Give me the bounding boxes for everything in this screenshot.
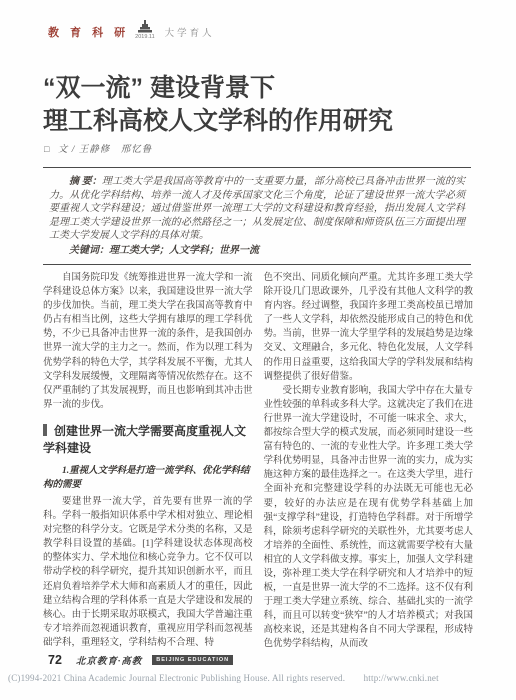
body-paragraph: 受长期专业教育影响，我国大学中存在大量专业性较强的单科或多科大学。这就决定了我们… bbox=[264, 384, 474, 652]
right-column: 色不突出、同质化倾向严重。尤其许多理工类大学除开设几门思政课外，几乎没有其他人文… bbox=[264, 271, 474, 652]
abstract-box: 摘 要：理工类大学是我国高等教育中的一支重要力量，部分高校已具备冲击世界一流的实… bbox=[43, 167, 471, 265]
paper-page: 教 育 科 研 2019.11 大学育人 “双一流” 建设背景下 理工科高校人文… bbox=[0, 0, 516, 700]
journal-badge: BEIJING EDUCATION bbox=[152, 655, 233, 665]
subsection-heading: 1.重视人文学科是打造一流学科、优化学科结构的需要 bbox=[43, 464, 253, 493]
keywords-line: 关键词：理工类大学；人文学科；世界一流 bbox=[49, 244, 465, 258]
journal-issue: 2019.11 bbox=[135, 34, 154, 40]
journal-section-title: 教 育 科 研 bbox=[48, 20, 129, 40]
article-title-line2: 理工科高校人文学科的作用研究 bbox=[43, 105, 483, 138]
byline-box-icon: □ bbox=[44, 144, 50, 154]
abstract-label: 摘 要： bbox=[69, 176, 102, 187]
section-heading-bar-icon bbox=[43, 424, 47, 436]
article-title: “双一流” 建设背景下 理工科高校人文学科的作用研究 bbox=[43, 72, 483, 138]
page-number: 72 bbox=[48, 653, 62, 667]
journal-name: 北京教育·高教 bbox=[76, 653, 142, 667]
body-columns: 自国务院印发《统筹推进世界一流大学和一流学科建设总体方案》以来，我国建设世界一流… bbox=[43, 271, 473, 652]
section-heading: 创建世界一流大学需要高度重视人文学科建设 bbox=[43, 423, 253, 457]
body-paragraph: 要建世界一流大学，首先要有世界一流的学科。学科一般指知识体系中学术相对独立、理论… bbox=[43, 495, 253, 650]
keywords-text: 理工类大学；人文学科；世界一流 bbox=[109, 245, 259, 256]
page-footer: 72 北京教育·高教 BEIJING EDUCATION bbox=[48, 653, 233, 667]
journal-logo: 2019.11 bbox=[135, 20, 154, 40]
abstract-text: 理工类大学是我国高等教育中的一支重要力量，部分高校已具备冲击世界一流的实力。从优… bbox=[49, 176, 465, 241]
building-tower-icon bbox=[137, 20, 153, 33]
byline: □ 文 / 王静修 邢忆鲁 bbox=[44, 141, 152, 155]
abstract-paragraph: 摘 要：理工类大学是我国高等教育中的一支重要力量，部分高校已具备冲击世界一流的实… bbox=[49, 175, 465, 243]
copyright-line: (C)1994-2021 China Academic Journal Elec… bbox=[8, 671, 510, 684]
journal-tagline: 大学育人 bbox=[165, 20, 215, 39]
left-column: 自国务院印发《统筹推进世界一流大学和一流学科建设总体方案》以来，我国建设世界一流… bbox=[43, 271, 253, 652]
body-paragraph: 自国务院印发《统筹推进世界一流大学和一流学科建设总体方案》以来，我国建设世界一流… bbox=[43, 271, 253, 412]
body-paragraph-continued: 色不突出、同质化倾向严重。尤其许多理工类大学除开设几门思政课外，几乎没有其他人文… bbox=[264, 271, 474, 384]
masthead: 教 育 科 研 2019.11 大学育人 bbox=[48, 20, 215, 40]
byline-authors: 文 / 王静修 邢忆鲁 bbox=[58, 145, 152, 155]
keywords-label: 关键词： bbox=[69, 245, 109, 256]
section-heading-text: 创建世界一流大学需要高度重视人文学科建设 bbox=[43, 424, 246, 455]
article-title-line1: “双一流” 建设背景下 bbox=[43, 72, 483, 105]
